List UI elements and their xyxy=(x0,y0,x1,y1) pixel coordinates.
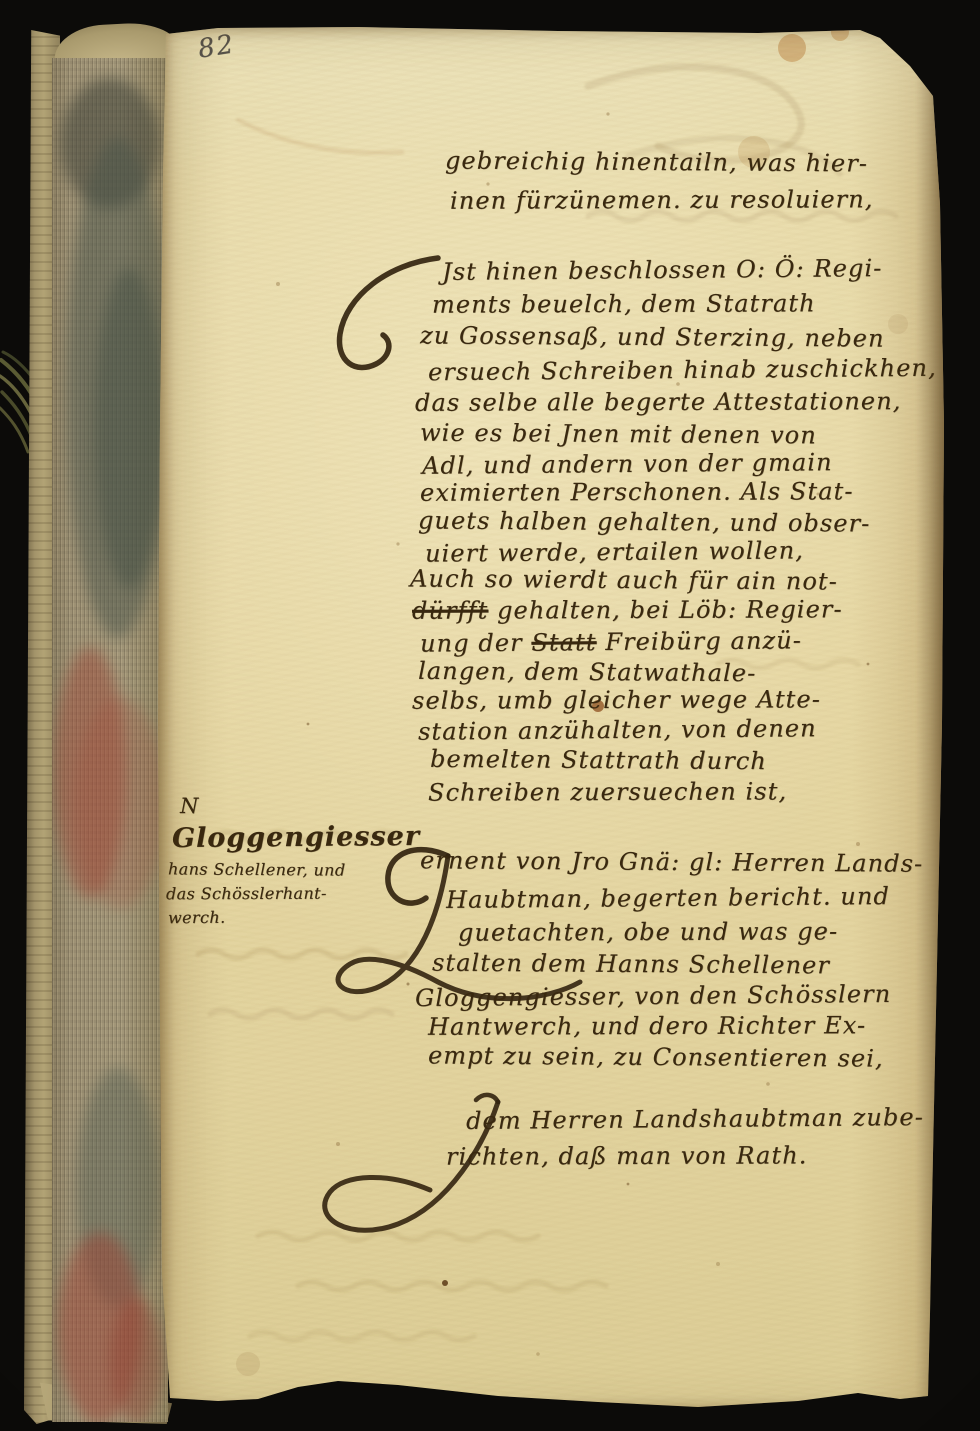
text-line: eximierten Perschonen. Als Stat- xyxy=(420,477,854,507)
text-segment: ung der xyxy=(420,629,532,658)
text-line: bemelten Stattrath durch xyxy=(430,745,767,775)
margin-note-mark: N xyxy=(180,794,199,818)
text-line: ersuech Schreiben hinab zuschickhen, xyxy=(428,354,937,386)
text-segment: Freibürg anzü- xyxy=(596,626,802,656)
text-line: richten, daß man von Rath. xyxy=(446,1141,808,1170)
text-line: das selbe alle begerte Attestationen, xyxy=(415,387,902,417)
text-line: empt zu sein, zu Consentieren sei, xyxy=(428,1041,884,1072)
text-line: Jst hinen beschlossen O: Ö: Regi- xyxy=(442,254,883,286)
margin-note-line: das Schösslerhant- xyxy=(166,884,327,904)
edge-stain xyxy=(74,698,166,908)
text-line: langen, dem Statwathale- xyxy=(418,657,757,687)
text-line: uiert werde, ertailen wollen, xyxy=(425,536,804,567)
struck-word: dürfft xyxy=(412,596,488,624)
text-line: Schreiben zuersuechen ist, xyxy=(428,777,787,806)
text-line: dem Herren Landshaubtman zube- xyxy=(466,1103,924,1135)
opening-line: inen fürzünemen. zu resoluiern, xyxy=(450,185,874,214)
page-number: 82 xyxy=(196,29,237,64)
text-line: ernent von Jro Gnä: gl: Herren Lands- xyxy=(420,846,923,878)
text-line: Adl, und andern von der gmain xyxy=(422,448,833,480)
text-line: Gloggengiesser, von den Schösslern xyxy=(415,980,891,1012)
edge-stain xyxy=(94,268,164,588)
text-line: guets halben gehalten, und obser- xyxy=(418,506,871,537)
text-line: stalten dem Hanns Schellener xyxy=(432,949,830,980)
text-line: ments beuelch, dem Statrath xyxy=(432,289,816,318)
text-segment: gehalten, bei Löb: Regier- xyxy=(488,595,842,624)
photo-background: 82 gebreichig hinentailn, was hier- inen… xyxy=(0,0,980,1431)
text-line: selbs, umb gleicher wege Atte- xyxy=(412,685,821,714)
margin-note-line: hans Schellener, und xyxy=(168,859,346,879)
text-line: Auch so wierdt auch für ain not- xyxy=(410,565,838,596)
text-line: wie es bei Jnen mit denen von xyxy=(420,419,817,450)
text-line: dürfft gehalten, bei Löb: Regier- xyxy=(412,595,843,625)
book-page-block-edge xyxy=(52,58,168,1422)
text-line: Haubtman, begerten bericht. und xyxy=(446,882,890,914)
text-line: station anzühalten, von denen xyxy=(418,714,817,745)
text-line: zu Gossensaß, und Sterzing, neben xyxy=(420,321,885,352)
margin-note-line: werch. xyxy=(168,908,226,928)
margin-note-title: Gloggengiesser xyxy=(172,821,420,854)
text-line: ung der Statt Freibürg anzü- xyxy=(420,626,802,657)
opening-line: gebreichig hinentailn, was hier- xyxy=(445,147,868,178)
struck-word: Statt xyxy=(531,628,596,657)
text-line: Hantwerch, und dero Richter Ex- xyxy=(428,1011,866,1041)
manuscript-page: 82 gebreichig hinentailn, was hier- inen… xyxy=(158,24,946,1416)
text-line: guetachten, obe und was ge- xyxy=(458,917,838,946)
edge-stain xyxy=(110,1298,162,1422)
